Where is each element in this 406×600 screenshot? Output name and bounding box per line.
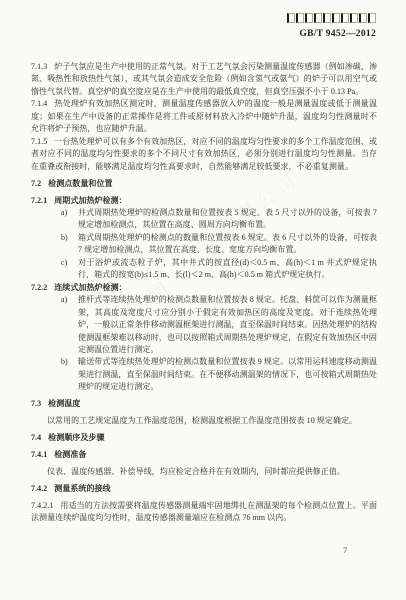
registration-mark-square bbox=[359, 13, 367, 23]
list-marker: a) bbox=[61, 207, 67, 219]
list-text: 推杆式等连续热处理炉的检测点数量和位置按表 8 规定。托盘、料筐可以作为测量框架… bbox=[78, 295, 377, 354]
clause-text: 一台热处理炉可以有多个有效加热区，对应不同的温度均匀性要求的多个工作温度范围，或… bbox=[31, 137, 377, 171]
page-number: 7 bbox=[343, 545, 347, 555]
clause-7-1-3: 7.1.3炉子气氛应是生产中使用的正常气氛。对于工艺气氛会污染测量温度传感器（例… bbox=[31, 61, 377, 98]
clause-text: 炉子气氛应是生产中使用的正常气氛。对于工艺气氛会污染测量温度传感器（例如渗碳、渗… bbox=[31, 62, 377, 96]
heading-title: 测量系统的接线 bbox=[54, 484, 110, 493]
registration-mark-square bbox=[287, 13, 295, 23]
clause-text: 热处理炉有效加热区测定时，测量温度传感器放入炉的温度一般是测量温度或低于测量温度… bbox=[31, 99, 377, 133]
heading-number: 7.4.1 bbox=[31, 450, 47, 459]
heading-number: 7.4.2 bbox=[31, 484, 47, 493]
registration-mark-square bbox=[305, 13, 313, 23]
clause-number: 7.1.3 bbox=[31, 62, 47, 71]
heading-title: 检测顺序及步骤 bbox=[48, 433, 104, 442]
document-body: 7.1.3炉子气氛应是生产中使用的正常气氛。对于工艺气氛会污染测量温度传感器（例… bbox=[31, 61, 377, 525]
heading-title: 检测点数量和位置 bbox=[48, 179, 112, 188]
heading-number: 7.2.1 bbox=[31, 196, 47, 205]
list-text: 箱式周期热处理炉的检测点的数量和位置按表 6 规定。表 6 尺寸以外的设备，可按… bbox=[78, 233, 377, 254]
registration-mark-square bbox=[323, 13, 331, 23]
list-item-c: c)对于浴炉或流态粒子炉，其中井式的按直径(d)＜0.5 m、高(h)＜1 m … bbox=[31, 257, 377, 282]
heading-number: 7.2 bbox=[31, 179, 41, 188]
document-page: GB/T 9452—2012 有限公司 有限公司 7.1.3炉子气氛应是生产中使… bbox=[0, 0, 406, 600]
clause-7-4-2-1: 7.4.2.1用适当的方法按需要将温度传感器测量端牢固地绑扎在测温架的每个检测点… bbox=[31, 500, 377, 525]
heading-7-4: 7.4检测顺序及步骤 bbox=[31, 432, 377, 444]
standard-code: GB/T 9452—2012 bbox=[299, 29, 376, 39]
heading-7-4-1: 7.4.1检测准备 bbox=[31, 449, 377, 461]
paragraph: 以常用的工艺规定温度为工作温度范围，检测温度根据工作温度范围按表 10 规定确定… bbox=[31, 415, 377, 427]
heading-7-4-2: 7.4.2测量系统的接线 bbox=[31, 483, 377, 495]
heading-number: 7.3 bbox=[31, 399, 41, 408]
registration-mark-square bbox=[296, 13, 304, 23]
list-item-a: a)井式周期热处理炉的检测点数量和位置按表 5 规定。表 5 尺寸以外的设备，可… bbox=[31, 207, 377, 232]
clause-text: 用适当的方法按需要将温度传感器测量端牢固地绑扎在测温架的每个检测点位置上。平面法… bbox=[31, 501, 377, 522]
registration-mark-square bbox=[368, 13, 376, 23]
registration-mark-square bbox=[341, 13, 349, 23]
list-marker: c) bbox=[61, 257, 67, 269]
list-text: 对于浴炉或流态粒子炉，其中井式的按直径(d)＜0.5 m、高(h)＜1 m 井式… bbox=[78, 258, 377, 279]
heading-title: 连续式加热炉检测： bbox=[54, 283, 126, 292]
list-marker: a) bbox=[61, 294, 67, 306]
registration-marks bbox=[287, 13, 376, 23]
heading-7-2: 7.2检测点数量和位置 bbox=[31, 178, 377, 190]
clause-number: 7.4.2.1 bbox=[31, 501, 53, 510]
heading-7-2-1: 7.2.1周期式加热炉检测： bbox=[31, 195, 377, 207]
list-item-b: b)输送带式等连续热处理炉的检测点数量和位置按表 9 规定。以常用运料速度移动测… bbox=[31, 356, 377, 393]
clause-7-1-4: 7.1.4热处理炉有效加热区测定时，测量温度传感器放入炉的温度一般是测量温度或低… bbox=[31, 98, 377, 135]
list-text: 输送带式等连续热处理炉的检测点数量和位置按表 9 规定。以常用运料速度移动测温架… bbox=[78, 357, 377, 391]
clause-number: 7.1.4 bbox=[31, 99, 47, 108]
heading-number: 7.4 bbox=[31, 433, 41, 442]
registration-mark-square bbox=[314, 13, 322, 23]
clause-7-1-5: 7.1.5一台热处理炉可以有多个有效加热区，对应不同的温度均匀性要求的多个工作温… bbox=[31, 136, 377, 173]
heading-number: 7.2.2 bbox=[31, 283, 47, 292]
heading-title: 检测准备 bbox=[54, 450, 86, 459]
list-item-b: b)箱式周期热处理炉的检测点的数量和位置按表 6 规定。表 6 尺寸以外的设备，… bbox=[31, 232, 377, 257]
heading-7-2-2: 7.2.2连续式加热炉检测： bbox=[31, 282, 377, 294]
heading-title: 周期式加热炉检测： bbox=[54, 196, 126, 205]
registration-mark-square bbox=[350, 13, 358, 23]
clause-number: 7.1.5 bbox=[31, 137, 47, 146]
list-marker: b) bbox=[61, 232, 68, 244]
heading-7-3: 7.3检测温度 bbox=[31, 398, 377, 410]
heading-title: 检测温度 bbox=[48, 399, 80, 408]
registration-mark-square bbox=[332, 13, 340, 23]
list-marker: b) bbox=[61, 356, 68, 368]
list-item-a: a)推杆式等连续热处理炉的检测点数量和位置按表 8 规定。托盘、料筐可以作为测量… bbox=[31, 294, 377, 356]
paragraph: 仪表、温度传感器、补偿导线，均应检定合格并在有效期内，同时都应提供修正值。 bbox=[31, 466, 377, 478]
list-text: 井式周期热处理炉的检测点数量和位置按表 5 规定。表 5 尺寸以外的设备，可按表… bbox=[78, 208, 377, 229]
